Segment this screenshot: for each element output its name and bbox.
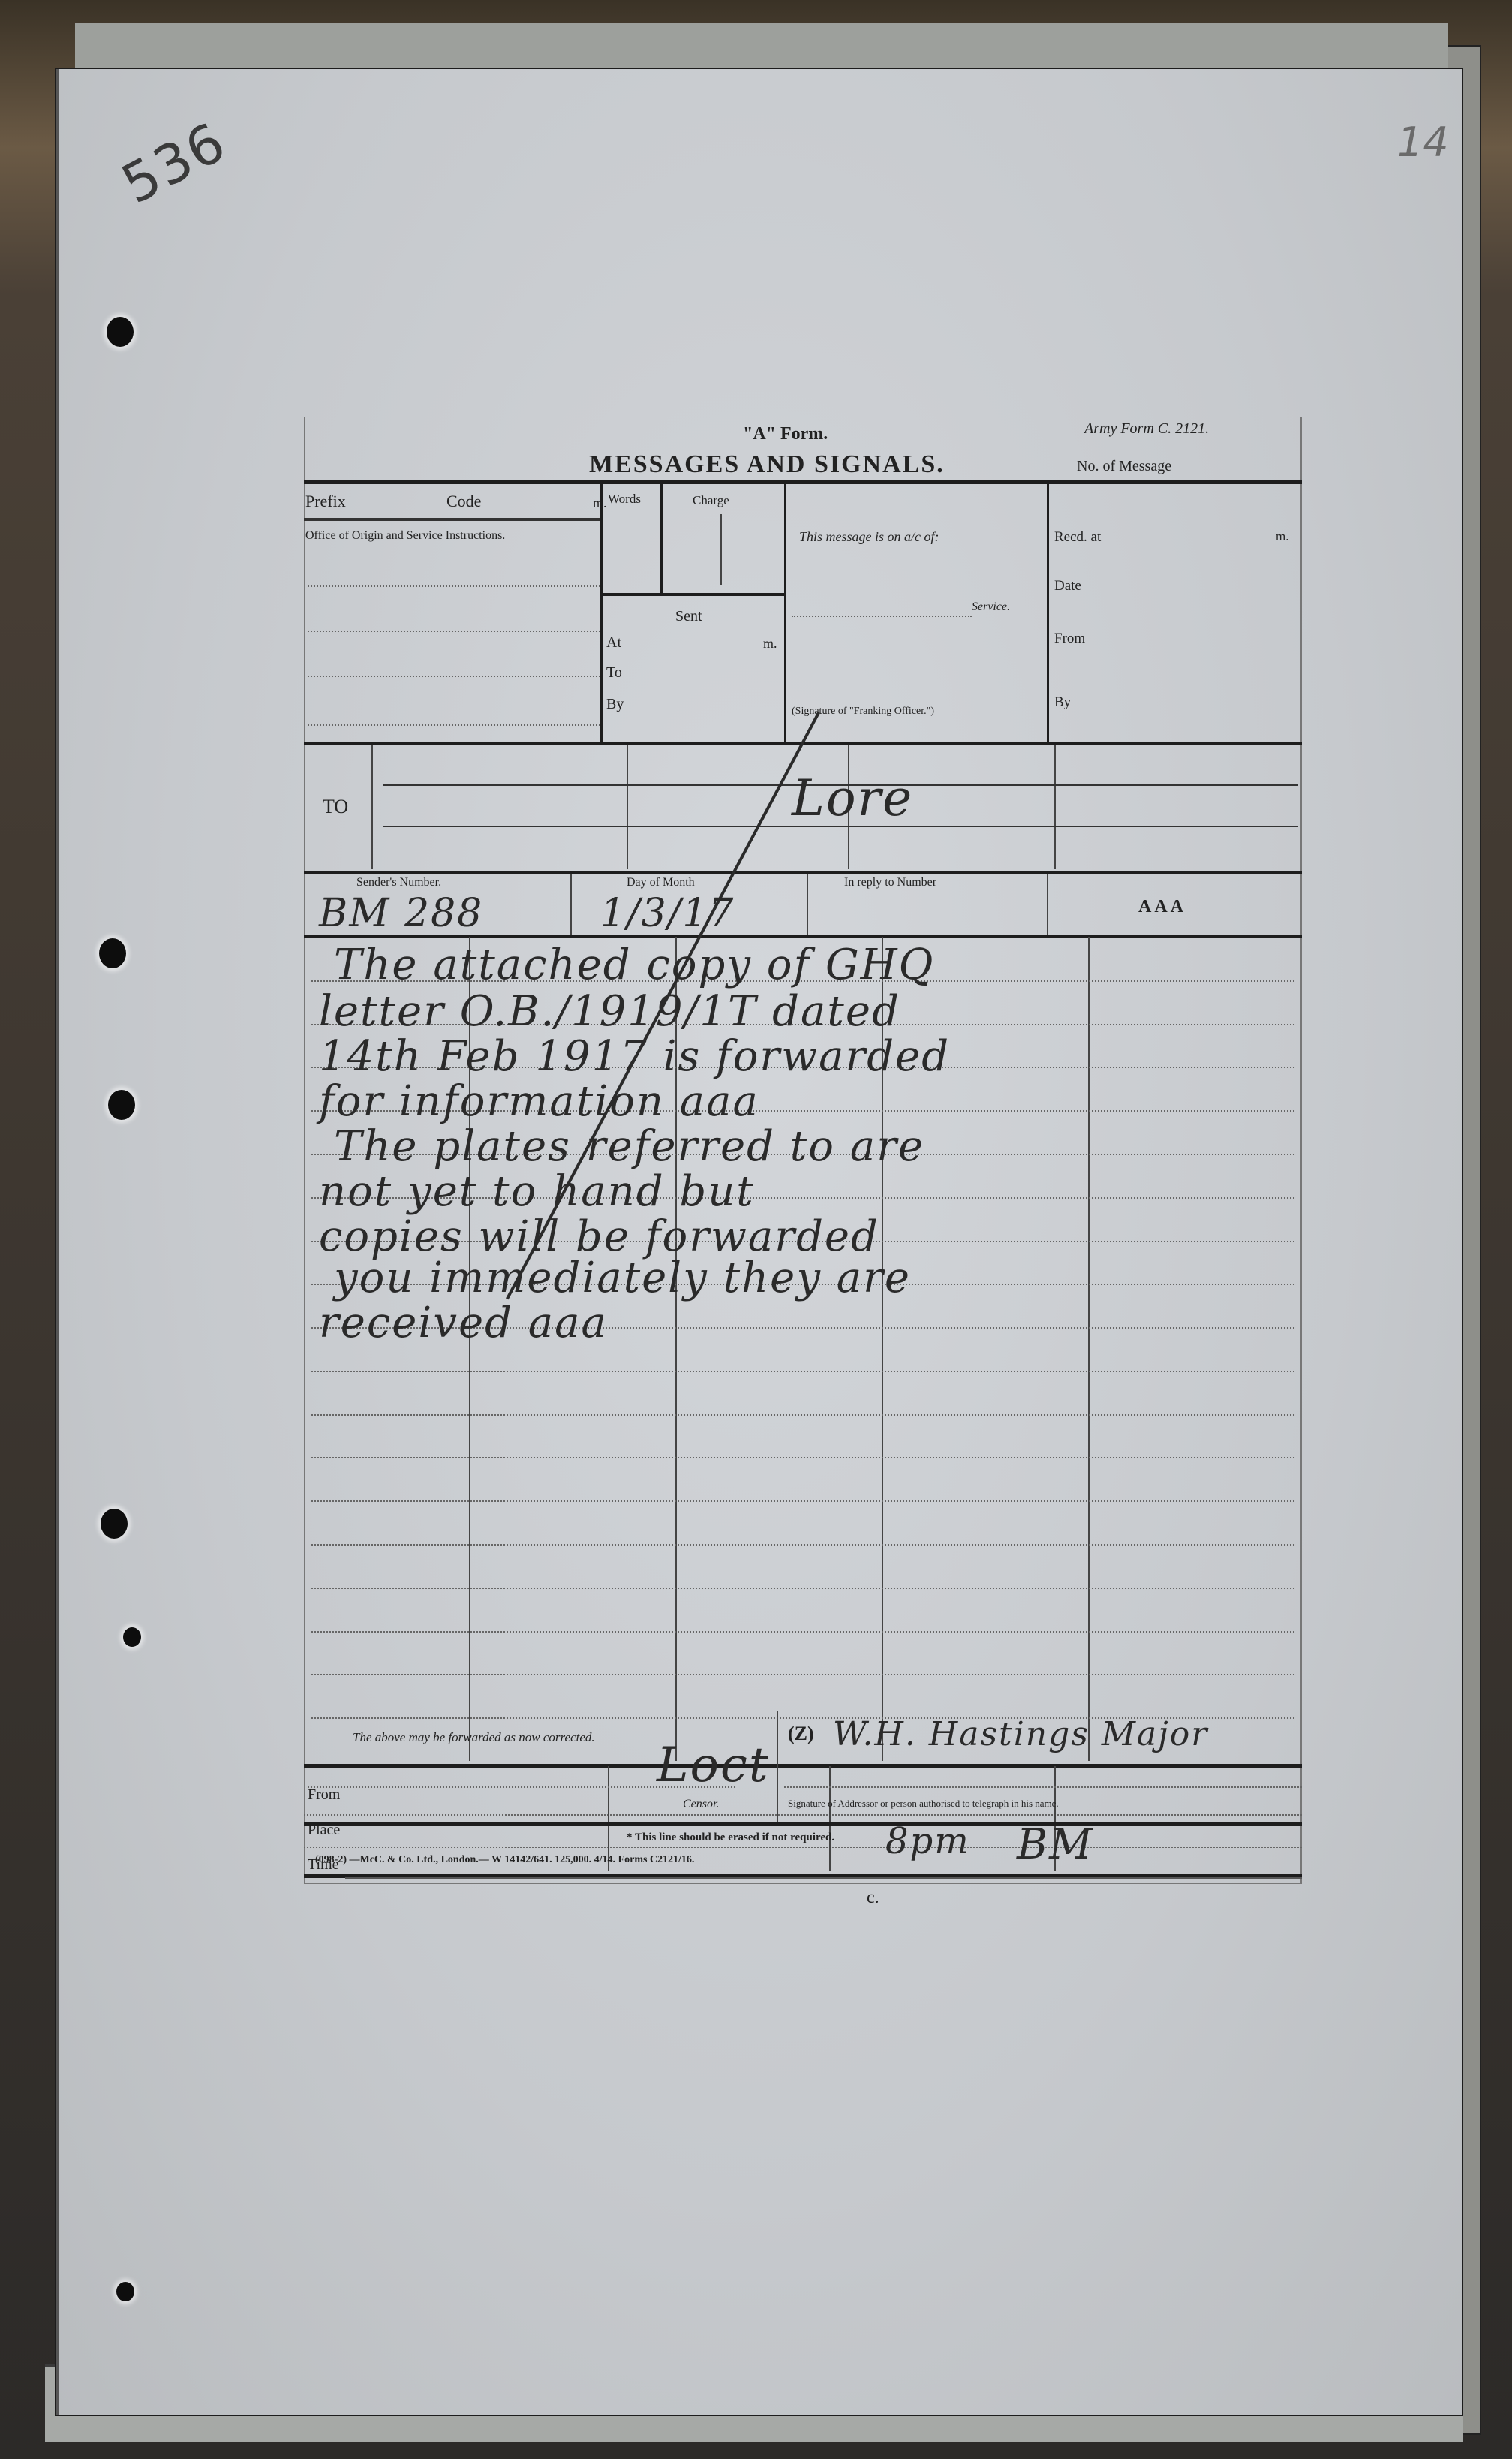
- message-line: for information aaa: [319, 1077, 759, 1126]
- message-line: The attached copy of GHQ: [334, 941, 934, 989]
- divider: [304, 518, 600, 521]
- day-of-month-label: Day of Month: [627, 876, 695, 889]
- divider: [371, 745, 373, 869]
- franking-officer-label: (Signature of "Franking Officer."): [792, 706, 934, 718]
- field-line: [308, 676, 600, 677]
- divider: [720, 514, 722, 585]
- punch-hole-icon: [116, 2282, 134, 2301]
- to-value: Lore: [792, 769, 913, 827]
- ruled-line: [311, 1457, 1294, 1458]
- divider: [1054, 745, 1056, 869]
- divider: [1047, 874, 1048, 935]
- in-reply-to-label: In reply to Number: [844, 876, 936, 889]
- prefix-label: Prefix: [305, 492, 346, 511]
- ruled-line: [311, 1414, 1294, 1416]
- punch-hole-icon: [101, 1509, 128, 1539]
- charge-label: Charge: [693, 493, 729, 508]
- divider: [627, 745, 628, 869]
- at-label: At: [606, 634, 621, 652]
- divider: [660, 483, 663, 595]
- punch-hole-icon: [107, 317, 134, 347]
- on-service-label: This message is on a/c of:: [799, 529, 939, 545]
- message-line: you immediately they are: [334, 1254, 911, 1302]
- ruled-line: [311, 1544, 1294, 1546]
- to-label: To: [606, 664, 622, 682]
- message-line: letter O.B./1919/1T dated: [319, 987, 900, 1036]
- form-type-label: "A" Form.: [743, 424, 828, 444]
- form-title: MESSAGES AND SIGNALS.: [589, 450, 945, 479]
- field-line: [308, 724, 600, 726]
- corner-number: 14: [1397, 119, 1449, 166]
- office-of-origin-label: Office of Origin and Service Instruction…: [305, 529, 505, 543]
- signature-label: Signature of Addressor or person authori…: [788, 1798, 1059, 1810]
- field-line: [792, 616, 972, 617]
- censor-label: Censor.: [683, 1798, 719, 1811]
- at-m-label: m.: [763, 636, 777, 652]
- day-of-month-value: 1/3/17: [600, 891, 735, 936]
- no-of-message-label: No. of Message: [1077, 458, 1171, 475]
- erase-note: * This line should be erased if not requ…: [627, 1831, 834, 1844]
- ruled-line: [311, 1674, 1294, 1675]
- field-line: [308, 585, 600, 587]
- printer-line: (098-2) —McC. & Co. Ltd., London.— W 141…: [315, 1854, 694, 1866]
- field-line: [308, 1786, 735, 1788]
- field-line: [308, 631, 600, 632]
- divider: [600, 593, 784, 596]
- punch-hole-icon: [123, 1627, 141, 1647]
- signature-value: W.H. Hastings Major: [833, 1715, 1208, 1753]
- ruled-line: [311, 1500, 1294, 1502]
- forward-note: The above may be forwarded as now correc…: [353, 1730, 595, 1745]
- messages-and-signals-form: "A" Form. Army Form C. 2121. MESSAGES AN…: [304, 417, 1302, 1884]
- initials-value: BM: [1017, 1820, 1094, 1869]
- divider: [807, 874, 808, 935]
- field-line: [784, 1786, 1302, 1788]
- z-label: (Z): [788, 1723, 814, 1745]
- recd-m-label: m.: [1276, 529, 1288, 544]
- service-label: Service.: [972, 600, 1010, 614]
- ruled-line: [311, 1588, 1294, 1589]
- form-footer: The above may be forwarded as now correc…: [304, 1711, 1302, 1884]
- sent-label: Sent: [675, 608, 702, 625]
- form-bottom-edge: [345, 1877, 1302, 1879]
- senders-number-label: Sender's Number.: [356, 876, 441, 889]
- recd-at-label: Recd. at: [1054, 529, 1101, 546]
- ruled-line: [311, 1371, 1294, 1372]
- punch-hole-icon: [108, 1090, 135, 1120]
- ruled-line: [311, 1631, 1294, 1633]
- divider: [784, 483, 786, 742]
- divider: [304, 1822, 1302, 1826]
- to-section-label: TO: [323, 796, 348, 818]
- divider: [777, 1711, 778, 1822]
- divider: [304, 871, 1302, 874]
- code-label: Code: [446, 492, 481, 511]
- by2-label: By: [1054, 694, 1071, 711]
- divider: [570, 874, 572, 935]
- message-line: received aaa: [319, 1299, 608, 1347]
- punch-hole-icon: [99, 938, 126, 968]
- from-label: From: [1054, 631, 1085, 647]
- by-label: By: [606, 696, 624, 713]
- army-form-ref: Army Form C. 2121.: [1084, 420, 1209, 438]
- divider: [600, 483, 603, 742]
- message-line: The plates referred to are: [334, 1122, 924, 1171]
- message-line: not yet to hand but: [319, 1167, 755, 1216]
- date-label: Date: [1054, 578, 1081, 594]
- words-label: Words: [608, 492, 641, 507]
- divider: [304, 480, 1302, 484]
- divider: [1088, 937, 1090, 1761]
- divider: [1047, 483, 1049, 742]
- senders-number-value: BM 288: [319, 891, 483, 936]
- aaa-label: AAA: [1138, 897, 1186, 917]
- bottom-mark: c.: [867, 1888, 879, 1908]
